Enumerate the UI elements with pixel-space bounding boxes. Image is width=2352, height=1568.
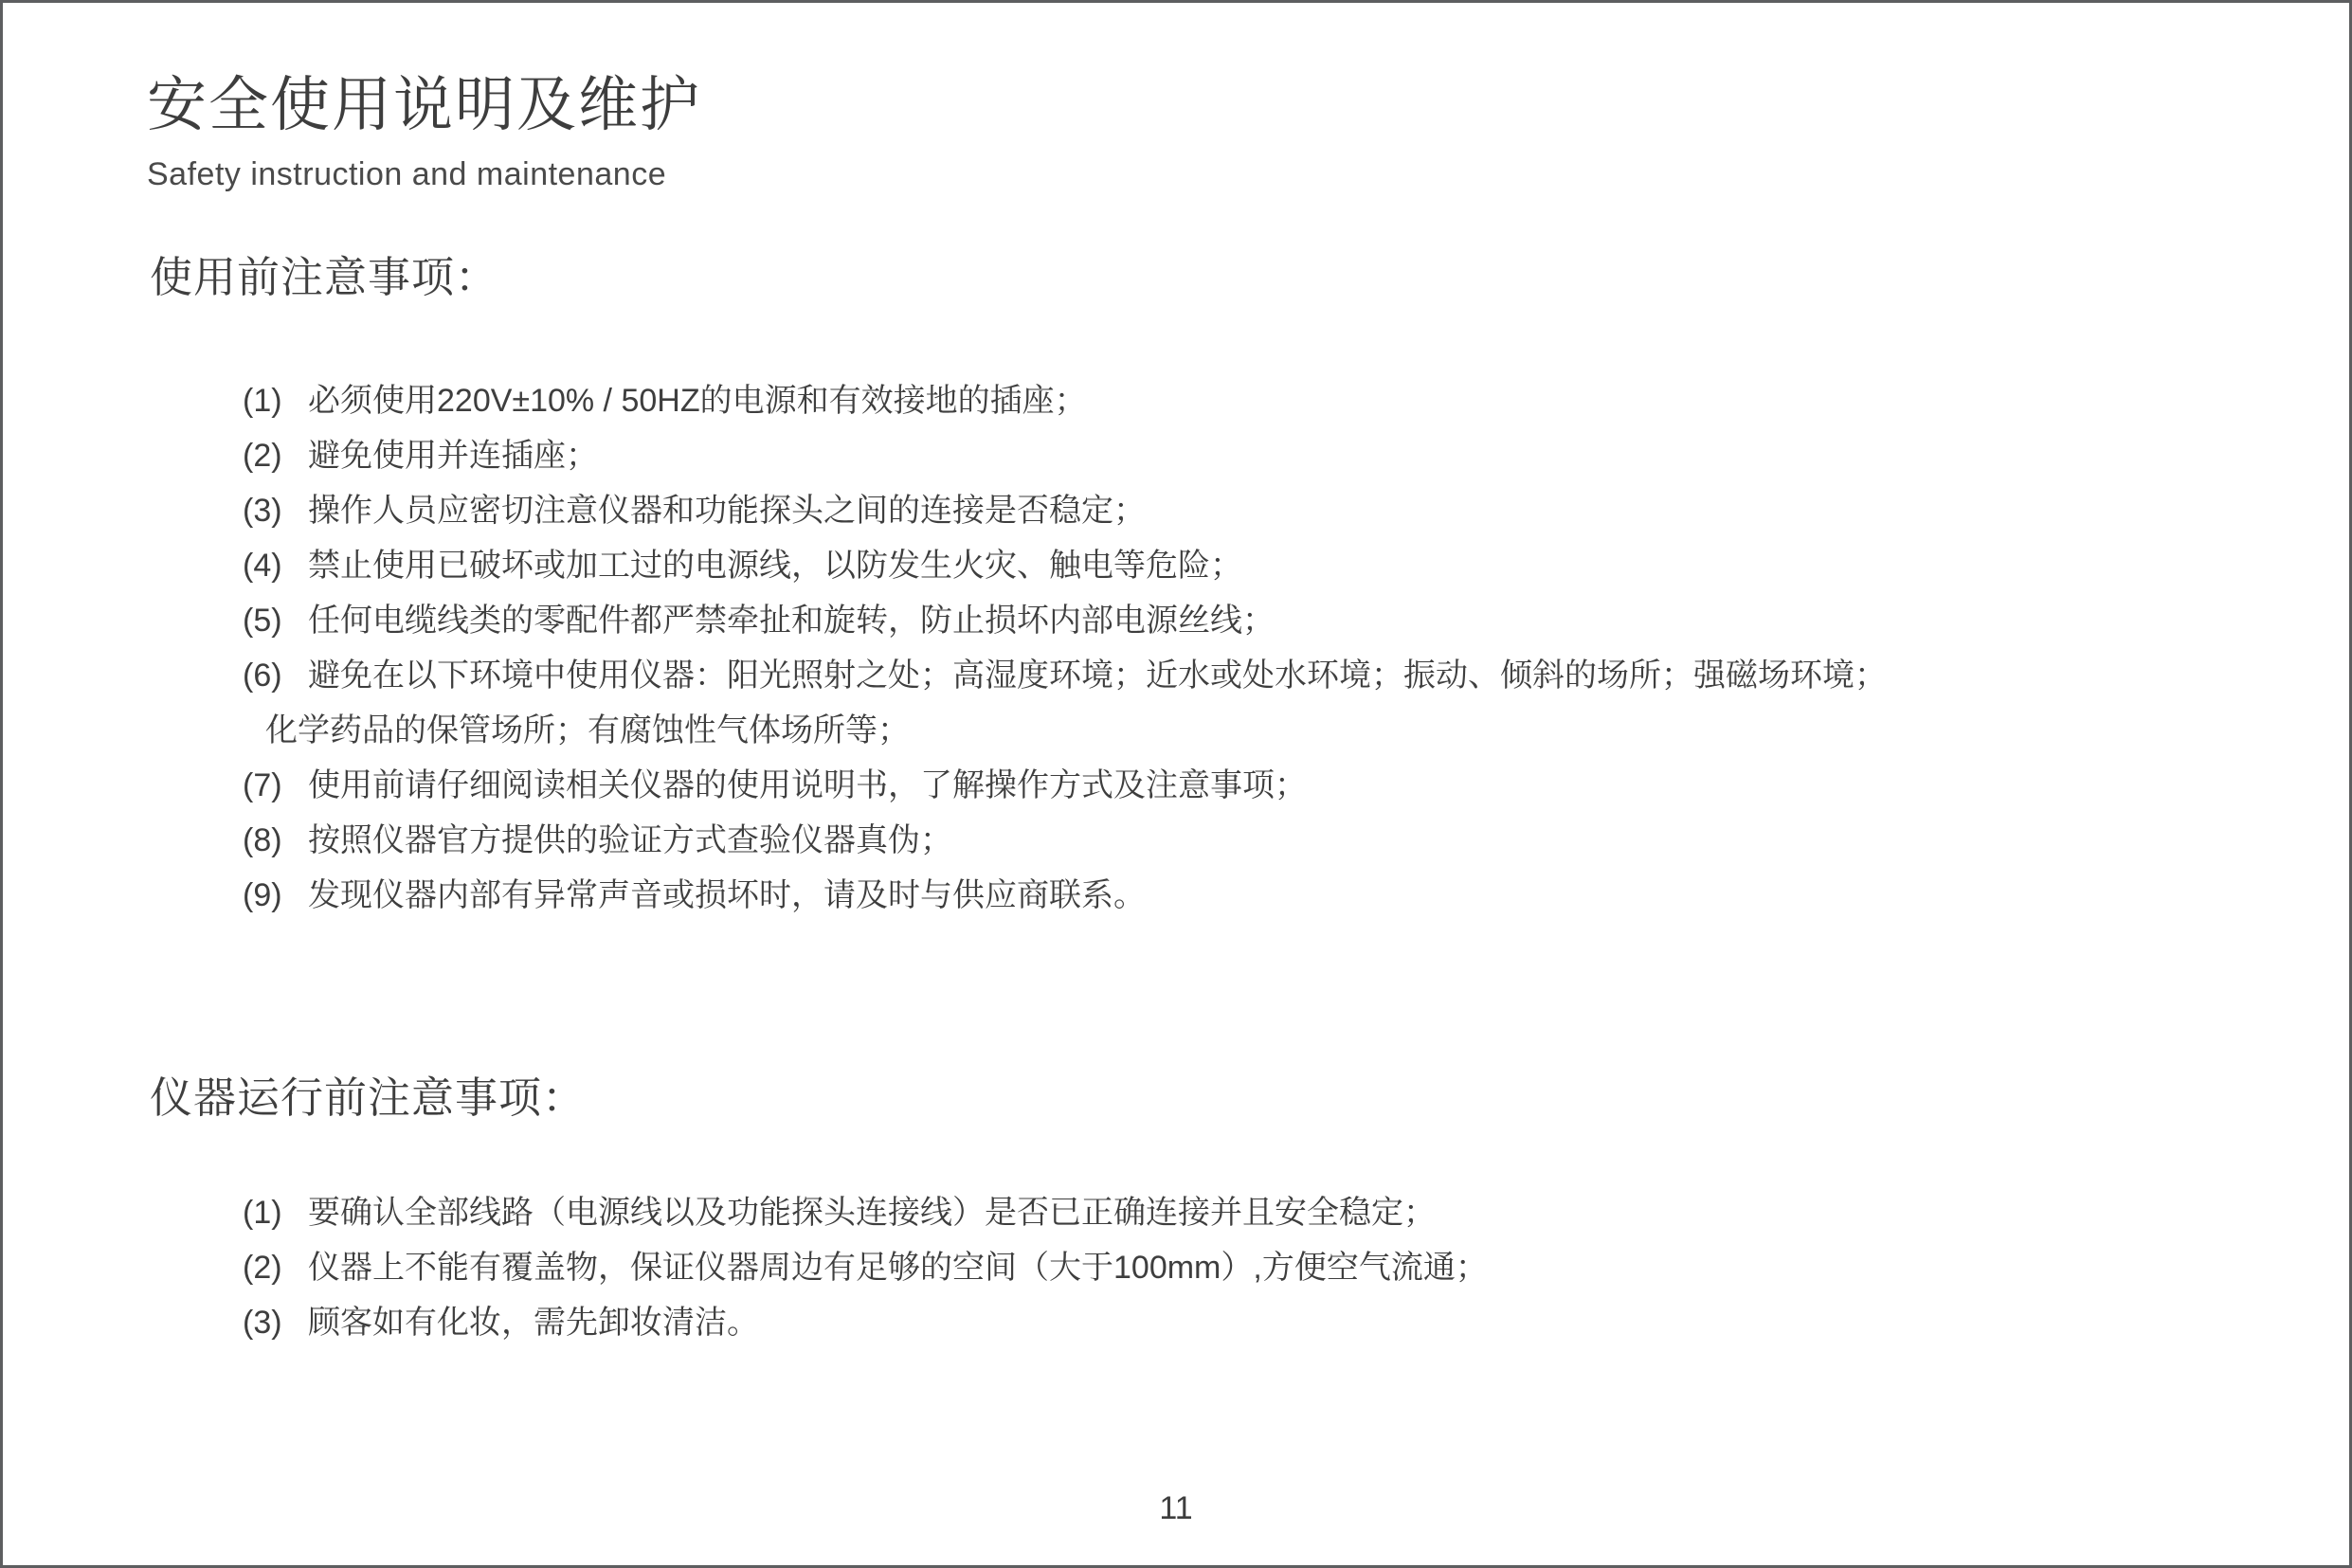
list-item: (1) 要确认全部线路（电源线以及功能探头连接线）是否已正确连接并且安全稳定； — [243, 1185, 1488, 1240]
list-item: (7) 使用前请仔细阅读相关仪器的使用说明书，了解操作方式及注意事项； — [243, 758, 1887, 813]
item-marker: (3) — [243, 1295, 308, 1350]
item-marker: (1) — [243, 1185, 308, 1240]
before-use-list: (1) 必须使用220V±10% / 50HZ的电源和有效接地的插座； (2) … — [243, 373, 1887, 923]
section-heading-before-operation: 仪器运行前注意事项： — [150, 1072, 586, 1125]
item-marker: (2) — [243, 428, 308, 483]
list-item: (8) 按照仪器官方提供的验证方式查验仪器真伪； — [243, 813, 1887, 868]
item-marker: (5) — [243, 593, 308, 648]
list-item: (6) 避免在以下环境中使用仪器：阳光照射之处；高湿度环境；近水或处水环境；振动… — [243, 648, 1887, 703]
item-text: 要确认全部线路（电源线以及功能探头连接线）是否已正确连接并且安全稳定； — [308, 1185, 1436, 1240]
item-text: 仪器上不能有覆盖物，保证仪器周边有足够的空间（大于100mm）,方便空气流通； — [308, 1240, 1488, 1295]
before-operation-list: (1) 要确认全部线路（电源线以及功能探头连接线）是否已正确连接并且安全稳定； … — [243, 1185, 1488, 1350]
item-marker: (3) — [243, 483, 308, 538]
page-number: 11 — [3, 1490, 2349, 1527]
manual-page: 安全使用说明及维护 Safety instruction and mainten… — [0, 0, 2352, 1568]
item-text: 发现仪器内部有异常声音或损坏时，请及时与供应商联系。 — [308, 868, 1146, 923]
item-marker: (1) — [243, 373, 308, 428]
item-text: 任何电缆线类的零配件都严禁牵扯和旋转，防止损坏内部电源丝线； — [308, 593, 1275, 648]
item-marker: (6) — [243, 648, 308, 703]
list-item: (2) 避免使用并连插座； — [243, 428, 1887, 483]
item-text: 顾客如有化妆，需先卸妆清洁。 — [308, 1295, 759, 1350]
list-item: (3) 操作人员应密切注意仪器和功能探头之间的连接是否稳定； — [243, 483, 1887, 538]
list-item: (3) 顾客如有化妆，需先卸妆清洁。 — [243, 1295, 1488, 1350]
item-marker: (2) — [243, 1240, 308, 1295]
list-item: (4) 禁止使用已破坏或加工过的电源线，以防发生火灾、触电等危险； — [243, 538, 1887, 593]
item-text: 操作人员应密切注意仪器和功能探头之间的连接是否稳定； — [308, 483, 1146, 538]
item-text: 禁止使用已破坏或加工过的电源线，以防发生火灾、触电等危险； — [308, 538, 1242, 593]
item-marker: (4) — [243, 538, 308, 593]
section-heading-before-use: 使用前注意事项： — [150, 251, 498, 304]
item-marker: (8) — [243, 813, 308, 868]
item-marker: (9) — [243, 868, 308, 923]
item-text: 避免使用并连插座； — [308, 428, 598, 483]
item-text: 按照仪器官方提供的验证方式查验仪器真伪； — [308, 813, 952, 868]
page-header: 安全使用说明及维护 Safety instruction and mainten… — [147, 63, 701, 193]
item-text: 必须使用220V±10% / 50HZ的电源和有效接地的插座； — [308, 373, 1087, 428]
list-item: (2) 仪器上不能有覆盖物，保证仪器周边有足够的空间（大于100mm）,方便空气… — [243, 1240, 1488, 1295]
item-text: 化学药品的保管场所；有腐蚀性气体场所等； — [265, 703, 910, 758]
item-marker: (7) — [243, 758, 308, 813]
item-text: 使用前请仔细阅读相关仪器的使用说明书，了解操作方式及注意事项； — [308, 758, 1307, 813]
page-title: 安全使用说明及维护 — [147, 63, 701, 147]
list-item: (9) 发现仪器内部有异常声音或损坏时，请及时与供应商联系。 — [243, 868, 1887, 923]
page-subtitle: Safety instruction and maintenance — [147, 156, 701, 193]
list-item: (5) 任何电缆线类的零配件都严禁牵扯和旋转，防止损坏内部电源丝线； — [243, 593, 1887, 648]
item-text: 避免在以下环境中使用仪器：阳光照射之处；高湿度环境；近水或处水环境；振动、倾斜的… — [308, 648, 1887, 703]
list-item-continuation: 化学药品的保管场所；有腐蚀性气体场所等； — [243, 703, 1887, 758]
item-marker — [243, 703, 265, 758]
list-item: (1) 必须使用220V±10% / 50HZ的电源和有效接地的插座； — [243, 373, 1887, 428]
